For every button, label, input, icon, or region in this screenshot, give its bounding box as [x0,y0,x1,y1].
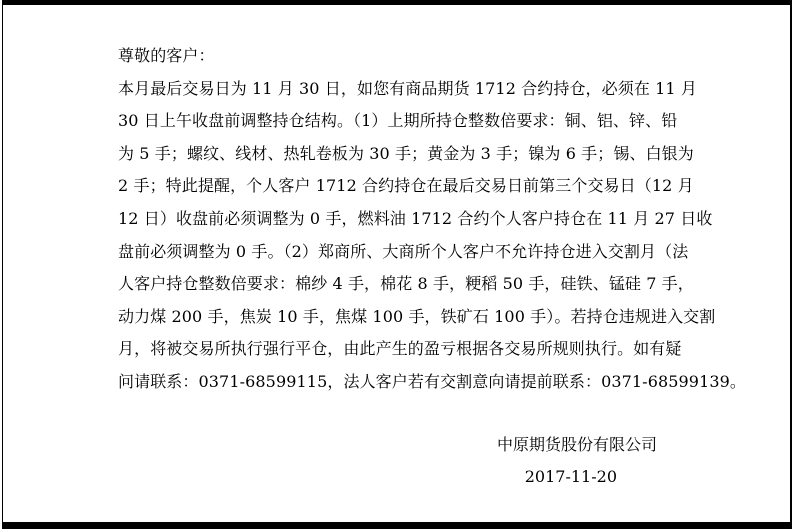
body-line: 12 日）收盘前必须调整为 0 手，燃料油 1712 合约个人客户持仓在 11 … [118,203,684,236]
body-line: 问请联系：0371-68599115，法人客户若有交割意向请提前联系：0371-… [118,366,684,399]
body-line: 盘前必须调整为 0 手。（2）郑商所、大商所个人客户不允许持仓进入交割月（法 [118,236,684,269]
body-line: 2 手；特此提醒，个人客户 1712 合约持仓在最后交易日前第三个交易日（12 … [118,170,684,203]
body-line: 为 5 手；螺纹、线材、热轧卷板为 30 手；黄金为 3 手；镍为 6 手；锡、… [118,138,684,171]
body-line: 人客户持仓整数倍要求：棉纱 4 手，棉花 8 手，粳稻 50 手，硅铁、锰硅 7… [118,268,684,301]
salutation: 尊敬的客户： [118,40,684,73]
body-line: 30 日上午收盘前调整持仓结构。（1）上期所持仓整数倍要求：铜、铝、锌、铅 [118,105,684,138]
notice-content: 尊敬的客户： 本月最后交易日为 11 月 30 日，如您有商品期货 1712 合… [118,40,684,494]
signature-date: 2017-11-20 [118,461,684,494]
document-page: 尊敬的客户： 本月最后交易日为 11 月 30 日，如您有商品期货 1712 合… [0,0,796,530]
body-line: 月，将被交易所执行强行平仓，由此产生的盈亏根据各交易所规则执行。如有疑 [118,333,684,366]
body-line: 本月最后交易日为 11 月 30 日，如您有商品期货 1712 合约持仓，必须在… [118,73,684,106]
body-line: 动力煤 200 手，焦炭 10 手，焦煤 100 手，铁矿石 100 手）。若持… [118,301,684,334]
notice-body: 本月最后交易日为 11 月 30 日，如您有商品期货 1712 合约持仓，必须在… [118,73,684,399]
signature-company: 中原期货股份有限公司 [118,429,684,462]
